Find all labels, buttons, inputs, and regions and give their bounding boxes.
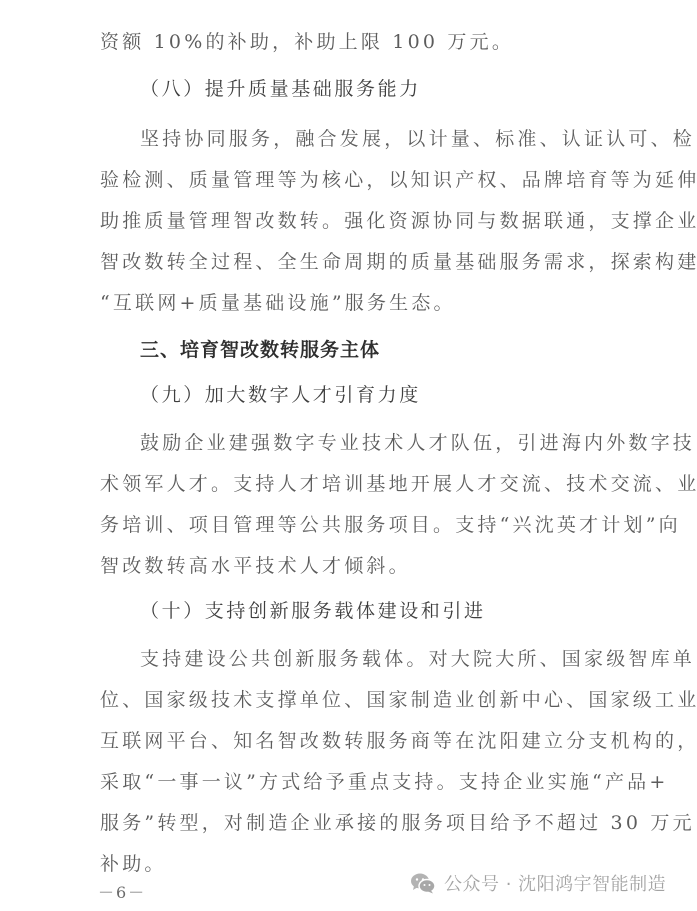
body-line: 互联网平台、知名智改数转服务商等在沈阳建立分支机构的， — [100, 729, 697, 753]
body-line: 采取“一事一议”方式给予重点支持。支持企业实施“产品+ — [100, 770, 668, 794]
body-line: 鼓励企业建强数字专业技术人才队伍，引进海内外数字技 — [140, 431, 695, 455]
page-number: －6－ — [98, 880, 146, 903]
body-line: 术领军人才。支持人才培训基地开展人才交流、技术交流、业 — [100, 472, 697, 496]
body-line: 智改数转全过程、全生命周期的质量基础服务需求，探索构建 — [100, 250, 697, 274]
body-line: “互联网+质量基础设施”服务生态。 — [100, 291, 456, 315]
section-heading-3: 三、培育智改数转服务主体 — [140, 338, 380, 362]
body-line: 补助。 — [100, 852, 167, 876]
watermark: 公众号 · 沈阳鸿宇智能制造 — [410, 869, 666, 897]
body-line: 支持建设公共创新服务载体。对大院大所、国家级智库单 — [140, 647, 695, 671]
subheading-10: （十）支持创新服务载体建设和引进 — [140, 599, 486, 623]
subheading-9: （九）加大数字人才引育力度 — [140, 383, 421, 407]
subheading-8: （八）提升质量基础服务能力 — [140, 77, 421, 101]
body-line: 助推质量管理智改数转。强化资源协同与数据联通，支撑企业 — [100, 209, 697, 233]
body-line: 服务”转型，对制造企业承接的服务项目给予不超过 30 万元 — [100, 811, 695, 835]
body-line: 资额 10%的补助，补助上限 100 万元。 — [100, 30, 514, 54]
wechat-icon — [410, 872, 436, 894]
body-line: 智改数转高水平技术人才倾斜。 — [100, 554, 411, 578]
watermark-text: 公众号 · 沈阳鸿宇智能制造 — [444, 870, 666, 896]
body-line: 位、国家级技术支撑单位、国家制造业创新中心、国家级工业 — [100, 688, 697, 712]
document-page: 资额 10%的补助，补助上限 100 万元。 （八）提升质量基础服务能力 坚持协… — [0, 0, 697, 911]
body-line: 务培训、项目管理等公共服务项目。支持“兴沈英才计划”向 — [100, 513, 681, 537]
body-line: 坚持协同服务，融合发展，以计量、标准、认证认可、检 — [140, 127, 695, 151]
body-line: 验检测、质量管理等为核心，以知识产权、品牌培育等为延伸 — [100, 168, 697, 192]
